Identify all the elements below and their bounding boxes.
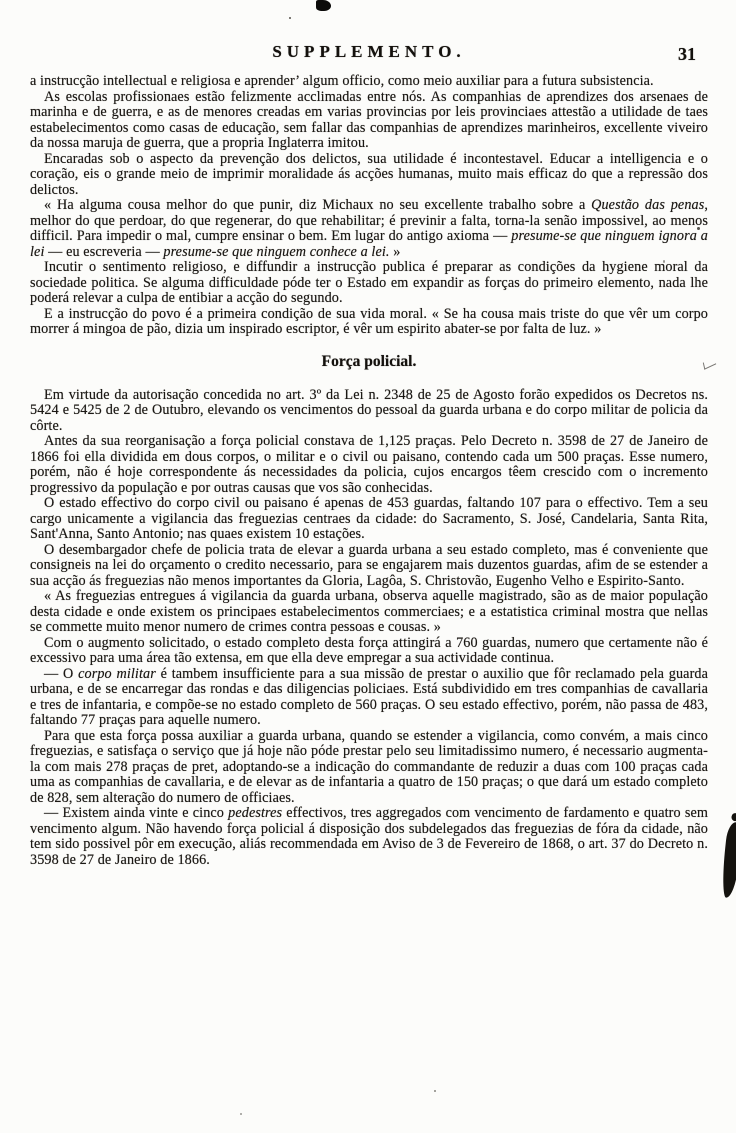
paragraph: Com o augmento solicitado, o estado comp… (30, 636, 708, 667)
text-run: Encaradas sob o aspecto da prevenção dos… (30, 151, 708, 198)
italic-text-run: pedestres (228, 805, 282, 821)
ink-smudge-top (316, 0, 331, 11)
italic-text-run: Questão das penas (591, 197, 704, 213)
paragraph: As escolas profissionaes estão felizment… (30, 90, 708, 152)
text-run: Antes da sua reorganisação a força polic… (30, 433, 708, 496)
text-run: As escolas profissionaes estão felizment… (30, 89, 708, 152)
text-run: O desembargador chefe de policia trata d… (30, 542, 708, 589)
scan-speck (663, 260, 665, 263)
paragraph: « Ha alguma cousa melhor do que punir, d… (30, 198, 708, 260)
text-run: — O (44, 666, 78, 682)
text-run: « Ha alguma cousa melhor do que punir, d… (44, 197, 591, 213)
scan-speck (289, 17, 291, 19)
page-number: 31 (678, 44, 696, 65)
italic-text-run: corpo militar (78, 666, 156, 682)
text-run: — Existem ainda vinte e cinco (44, 805, 228, 821)
paragraph: O estado effectivo do corpo civil ou pai… (30, 496, 708, 543)
page-header: SUPPLEMENTO. 31 (30, 42, 708, 66)
paragraph: Encaradas sob o aspecto da prevenção dos… (30, 152, 708, 199)
text-run: a instrucção intellectual e religiosa e … (30, 73, 654, 89)
body-text-top: a instrucção intellectual e religiosa e … (30, 74, 708, 338)
section-heading: Força policial. (30, 353, 708, 371)
scanned-document-page: SUPPLEMENTO. 31 a instrucção intellectua… (0, 0, 736, 1133)
scan-speck (697, 227, 700, 230)
paragraph: O desembargador chefe de policia trata d… (30, 543, 708, 590)
text-run: — eu escreveria — (44, 244, 163, 260)
paragraph: Para que esta força possa auxiliar a gua… (30, 729, 708, 807)
body-text-bottom: Em virtude da autorisação concedida no a… (30, 388, 708, 869)
text-run: Para que esta força possa auxiliar a gua… (30, 728, 708, 806)
italic-text-run: presume-se que ninguem conhece a lei. (163, 244, 389, 260)
text-run: E a instrucção do povo é a primeira cond… (30, 306, 708, 338)
text-run: Em virtude da autorisação concedida no a… (30, 387, 708, 434)
paragraph: a instrucção intellectual e religiosa e … (30, 74, 708, 90)
ink-smudge-right-margin (720, 821, 736, 898)
paragraph: — O corpo militar é tambem insufficiente… (30, 667, 708, 729)
paragraph: « As freguezias entregues á vigilancia d… (30, 589, 708, 636)
paragraph: Em virtude da autorisação concedida no a… (30, 388, 708, 435)
scan-speck (434, 1090, 436, 1092)
journal-title: SUPPLEMENTO. (30, 42, 708, 62)
text-run: » (390, 244, 401, 260)
text-run: O estado effectivo do corpo civil ou pai… (30, 495, 708, 542)
text-run: Incutir o sentimento religioso, e diffun… (30, 259, 708, 306)
scan-speck (240, 1113, 242, 1115)
paragraph: — Existem ainda vinte e cinco pedestres … (30, 806, 708, 868)
paragraph: Antes da sua reorganisação a força polic… (30, 434, 708, 496)
paragraph: Incutir o sentimento religioso, e diffun… (30, 260, 708, 307)
text-run: « As freguezias entregues á vigilancia d… (30, 588, 708, 635)
text-run: Com o augmento solicitado, o estado comp… (30, 635, 708, 667)
paragraph: E a instrucção do povo é a primeira cond… (30, 307, 708, 338)
